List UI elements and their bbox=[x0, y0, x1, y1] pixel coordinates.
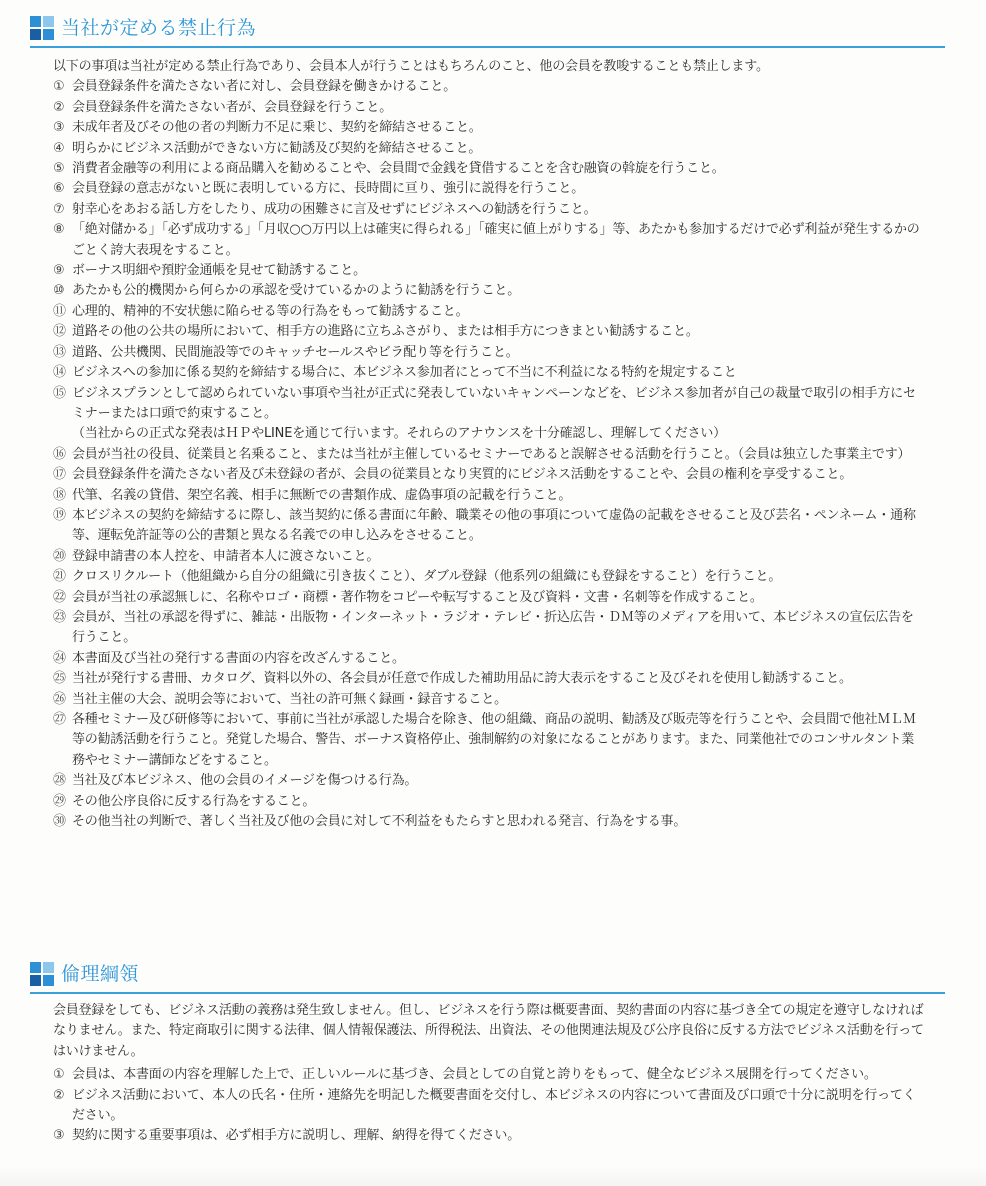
item-number: ⑩ bbox=[53, 281, 69, 301]
list-item: ⑬道路、公共機関、民間施設等でのキャッチセールスやビラ配り等を行うこと。 bbox=[53, 343, 923, 363]
item-number: ⑰ bbox=[53, 465, 69, 485]
item-number: ⑭ bbox=[53, 363, 69, 383]
item-text: 会員が、当社の承認を得ずに、雑誌・出版物・インターネット・ラジオ・テレビ・折込広… bbox=[72, 610, 914, 645]
list-item: ⑲本ビジネスの契約を締結するに際し、該当契約に係る書面に年齢、職業その他の事項に… bbox=[53, 506, 923, 547]
list-item: ⑨ボーナス明細や預貯金通帳を見せて勧誘すること。 bbox=[53, 261, 923, 281]
item-text: 当社が発行する書冊、カタログ、資料以外の、各会員が任意で作成した補助用品に誇大表… bbox=[72, 671, 852, 686]
item-text: 当社主催の大会、説明会等において、当社の許可無く録画・録音すること。 bbox=[72, 692, 507, 707]
item-text: 本書面及び当社の発行する書面の内容を改ざんすること。 bbox=[72, 651, 405, 666]
list-item: ㉓会員が、当社の承認を得ずに、雑誌・出版物・インターネット・ラジオ・テレビ・折込… bbox=[53, 608, 923, 649]
prohibited-body: 以下の事項は当社が定める禁止行為であり、会員本人が行うことはもちろんのこと、他の… bbox=[53, 57, 923, 832]
list-item: ②会員登録条件を満たさない者が、会員登録を行うこと。 bbox=[53, 98, 923, 118]
list-item: ㉕当社が発行する書冊、カタログ、資料以外の、各会員が任意で作成した補助用品に誇大… bbox=[53, 669, 923, 689]
list-item: ㉒会員が当社の承認無しに、名称やロゴ・商標・著作物をコピーや転写すること及び資料… bbox=[53, 588, 923, 608]
list-item: ⑫道路その他の公共の場所において、相手方の進路に立ちふさがり、または相手方につき… bbox=[53, 322, 923, 342]
list-item: ⑳登録申請書の本人控を、申請者本人に渡さないこと。 bbox=[53, 547, 923, 567]
item-text: 登録申請書の本人控を、申請者本人に渡さないこと。 bbox=[72, 549, 379, 564]
item-number: ㉗ bbox=[53, 710, 69, 730]
item-number: ② bbox=[53, 1086, 69, 1106]
item-number: ④ bbox=[53, 139, 69, 159]
prohibited-list: ①会員登録条件を満たさない者に対し、会員登録を働きかけること。②会員登録条件を満… bbox=[53, 77, 923, 832]
grid-square-icon bbox=[30, 16, 54, 40]
list-item: ③契約に関する重要事項は、必ず相手方に説明し、理解、納得を得てください。 bbox=[53, 1126, 925, 1146]
item-number: ㉓ bbox=[53, 608, 69, 628]
item-number: ⑧ bbox=[53, 220, 69, 240]
list-item: ㉔本書面及び当社の発行する書面の内容を改ざんすること。 bbox=[53, 649, 923, 669]
item-number: ㉚ bbox=[53, 812, 69, 832]
item-text: ボーナス明細や預貯金通帳を見せて勧誘すること。 bbox=[72, 263, 366, 278]
list-item: ⑩あたかも公的機関から何らかの承認を受けているかのように勧誘を行うこと。 bbox=[53, 281, 923, 301]
list-item: ㉘当社及び本ビジネス、他の会員のイメージを傷つける行為。 bbox=[53, 771, 923, 791]
item-number: ⑮ bbox=[53, 384, 69, 404]
list-item: ⑮ビジネスプランとして認められていない事項や当社が正式に発表していないキャンペー… bbox=[53, 384, 923, 445]
item-text: その他当社の判断で、著しく当社及び他の会員に対して不利益をもたらすと思われる発言… bbox=[72, 814, 686, 829]
item-number: ㉒ bbox=[53, 588, 69, 608]
page-bottom-fade bbox=[0, 1166, 986, 1186]
item-text: 道路その他の公共の場所において、相手方の進路に立ちふさがり、または相手方につきま… bbox=[72, 324, 699, 339]
item-text: 契約に関する重要事項は、必ず相手方に説明し、理解、納得を得てください。 bbox=[72, 1128, 520, 1143]
item-number: ㉑ bbox=[53, 567, 69, 587]
list-item: ①会員は、本書面の内容を理解した上で、正しいルールに基づき、会員としての自覚と誇… bbox=[53, 1065, 925, 1085]
item-number: ② bbox=[53, 98, 69, 118]
item-text: その他公序良俗に反する行為をすること。 bbox=[72, 794, 315, 809]
list-item: ④明らかにビジネス活動ができない方に勧誘及び契約を締結させること。 bbox=[53, 139, 923, 159]
item-number: ⑬ bbox=[53, 343, 69, 363]
item-text: 会員登録条件を満たさない者及び未登録の者が、会員の従業員となり実質的にビジネス活… bbox=[72, 467, 852, 482]
item-number: ⑨ bbox=[53, 261, 69, 281]
item-text: 射幸心をあおる話し方をしたり、成功の困難さに言及せずにビジネスへの勧誘を行うこと… bbox=[72, 202, 596, 217]
list-item: ⑧「絶対儲かる」「必ず成功する」「月収○○万円以上は確実に得られる」「確実に値上… bbox=[53, 220, 923, 261]
item-text: 明らかにビジネス活動ができない方に勧誘及び契約を締結させること。 bbox=[72, 141, 481, 156]
grid-square-icon bbox=[30, 962, 54, 986]
item-text: 消費者金融等の利用による商品購入を勧めることや、会員間で金銭を貸借することを含む… bbox=[72, 161, 725, 176]
item-text: ビジネスプランとして認められていない事項や当社が正式に発表していないキャンペーン… bbox=[72, 386, 916, 421]
section-intro: 会員登録をしても、ビジネス活動の義務は発生致しません。但し、ビジネスを行う際は概… bbox=[53, 1001, 925, 1062]
item-text: 会員が当社の役員、従業員と名乗ること、または当社が主催しているセミナーであると誤… bbox=[72, 447, 910, 462]
prohibited-heading: 当社が定める禁止行為 bbox=[30, 10, 945, 48]
item-number: ③ bbox=[53, 118, 69, 138]
section-title: 当社が定める禁止行為 bbox=[61, 13, 256, 40]
list-item: ⑭ビジネスへの参加に係る契約を締結する場合に、本ビジネス参加者にとって不当に不利… bbox=[53, 363, 923, 383]
list-item: ⑦射幸心をあおる話し方をしたり、成功の困難さに言及せずにビジネスへの勧誘を行うこ… bbox=[53, 200, 923, 220]
item-text: 会員は、本書面の内容を理解した上で、正しいルールに基づき、会員としての自覚と誇り… bbox=[72, 1067, 877, 1082]
item-text: 未成年者及びその他の者の判断力不足に乗じ、契約を締結させること。 bbox=[72, 120, 482, 135]
item-number: ㉖ bbox=[53, 690, 69, 710]
item-text: 道路、公共機関、民間施設等でのキャッチセールスやビラ配り等を行うこと。 bbox=[72, 345, 519, 360]
item-number: ⑳ bbox=[53, 547, 69, 567]
item-text: 会員が当社の承認無しに、名称やロゴ・商標・著作物をコピーや転写すること及び資料・… bbox=[72, 590, 763, 605]
list-item: ⑯会員が当社の役員、従業員と名乗ること、または当社が主催しているセミナーであると… bbox=[53, 445, 923, 465]
ethics-heading: 倫理綱領 bbox=[30, 956, 945, 994]
item-number: ⑤ bbox=[53, 159, 69, 179]
item-text: あたかも公的機関から何らかの承認を受けているかのように勧誘を行うこと。 bbox=[72, 283, 520, 298]
list-item: ㉙その他公序良俗に反する行為をすること。 bbox=[53, 792, 923, 812]
item-note: （当社からの正式な発表はＨＰやLINEを通じて行います。それらのアナウンスを十分… bbox=[72, 424, 923, 444]
list-item: ⑱代筆、名義の貸借、架空名義、相手に無断での書類作成、虚偽事項の記載を行うこと。 bbox=[53, 486, 923, 506]
item-number: ① bbox=[53, 1065, 69, 1085]
ethics-body: 会員登録をしても、ビジネス活動の義務は発生致しません。但し、ビジネスを行う際は概… bbox=[53, 1001, 925, 1147]
item-number: ⑱ bbox=[53, 486, 69, 506]
item-text: 各種セミナー及び研修等において、事前に当社が承認した場合を除き、他の組織、商品の… bbox=[72, 712, 916, 768]
list-item: ②ビジネス活動において、本人の氏名・住所・連絡先を明記した概要書面を交付し、本ビ… bbox=[53, 1086, 925, 1127]
list-item: ①会員登録条件を満たさない者に対し、会員登録を働きかけること。 bbox=[53, 77, 923, 97]
item-number: ㉙ bbox=[53, 792, 69, 812]
item-number: ⑪ bbox=[53, 302, 69, 322]
list-item: ㉖当社主催の大会、説明会等において、当社の許可無く録画・録音すること。 bbox=[53, 690, 923, 710]
item-text: 会員登録条件を満たさない者に対し、会員登録を働きかけること。 bbox=[72, 79, 456, 94]
list-item: ③未成年者及びその他の者の判断力不足に乗じ、契約を締結させること。 bbox=[53, 118, 923, 138]
item-text: 当社及び本ビジネス、他の会員のイメージを傷つける行為。 bbox=[72, 773, 417, 788]
item-number: ⑦ bbox=[53, 200, 69, 220]
item-number: ③ bbox=[53, 1126, 69, 1146]
item-number: ⑯ bbox=[53, 445, 69, 465]
item-text: 会員登録の意志がないと既に表明している方に、長時間に亘り、強引に説得を行うこと。 bbox=[72, 181, 584, 196]
item-text: ビジネスへの参加に係る契約を締結する場合に、本ビジネス参加者にとって不当に不利益… bbox=[72, 365, 737, 380]
item-number: ㉘ bbox=[53, 771, 69, 791]
item-text: ビジネス活動において、本人の氏名・住所・連絡先を明記した概要書面を交付し、本ビジ… bbox=[72, 1088, 916, 1123]
item-number: ⑥ bbox=[53, 179, 69, 199]
section-intro: 以下の事項は当社が定める禁止行為であり、会員本人が行うことはもちろんのこと、他の… bbox=[53, 57, 923, 77]
section-title: 倫理綱領 bbox=[61, 959, 139, 986]
item-number: ① bbox=[53, 77, 69, 97]
list-item: ㉚その他当社の判断で、著しく当社及び他の会員に対して不利益をもたらすと思われる発… bbox=[53, 812, 923, 832]
item-text: 会員登録条件を満たさない者が、会員登録を行うこと。 bbox=[72, 100, 392, 115]
item-text: クロスリクルート（他組織から自分の組織に引き抜くこと）、ダブル登録（他系列の組織… bbox=[72, 569, 781, 584]
item-number: ㉕ bbox=[53, 669, 69, 689]
item-text: 心理的、精神的不安状態に陥らせる等の行為をもって勧誘すること。 bbox=[72, 304, 468, 319]
item-number: ⑲ bbox=[53, 506, 69, 526]
list-item: ⑤消費者金融等の利用による商品購入を勧めることや、会員間で金銭を貸借することを含… bbox=[53, 159, 923, 179]
item-number: ㉔ bbox=[53, 649, 69, 669]
list-item: ㉗各種セミナー及び研修等において、事前に当社が承認した場合を除き、他の組織、商品… bbox=[53, 710, 923, 771]
list-item: ⑪心理的、精神的不安状態に陥らせる等の行為をもって勧誘すること。 bbox=[53, 302, 923, 322]
list-item: ㉑クロスリクルート（他組織から自分の組織に引き抜くこと）、ダブル登録（他系列の組… bbox=[53, 567, 923, 587]
list-item: ⑰会員登録条件を満たさない者及び未登録の者が、会員の従業員となり実質的にビジネス… bbox=[53, 465, 923, 485]
ethics-list: ①会員は、本書面の内容を理解した上で、正しいルールに基づき、会員としての自覚と誇… bbox=[53, 1065, 925, 1147]
item-number: ⑫ bbox=[53, 322, 69, 342]
item-text: 本ビジネスの契約を締結するに際し、該当契約に係る書面に年齢、職業その他の事項につ… bbox=[72, 508, 916, 543]
list-item: ⑥会員登録の意志がないと既に表明している方に、長時間に亘り、強引に説得を行うこと… bbox=[53, 179, 923, 199]
item-text: 代筆、名義の貸借、架空名義、相手に無断での書類作成、虚偽事項の記載を行うこと。 bbox=[72, 488, 571, 503]
item-text: 「絶対儲かる」「必ず成功する」「月収○○万円以上は確実に得られる」「確実に値上が… bbox=[72, 222, 920, 257]
